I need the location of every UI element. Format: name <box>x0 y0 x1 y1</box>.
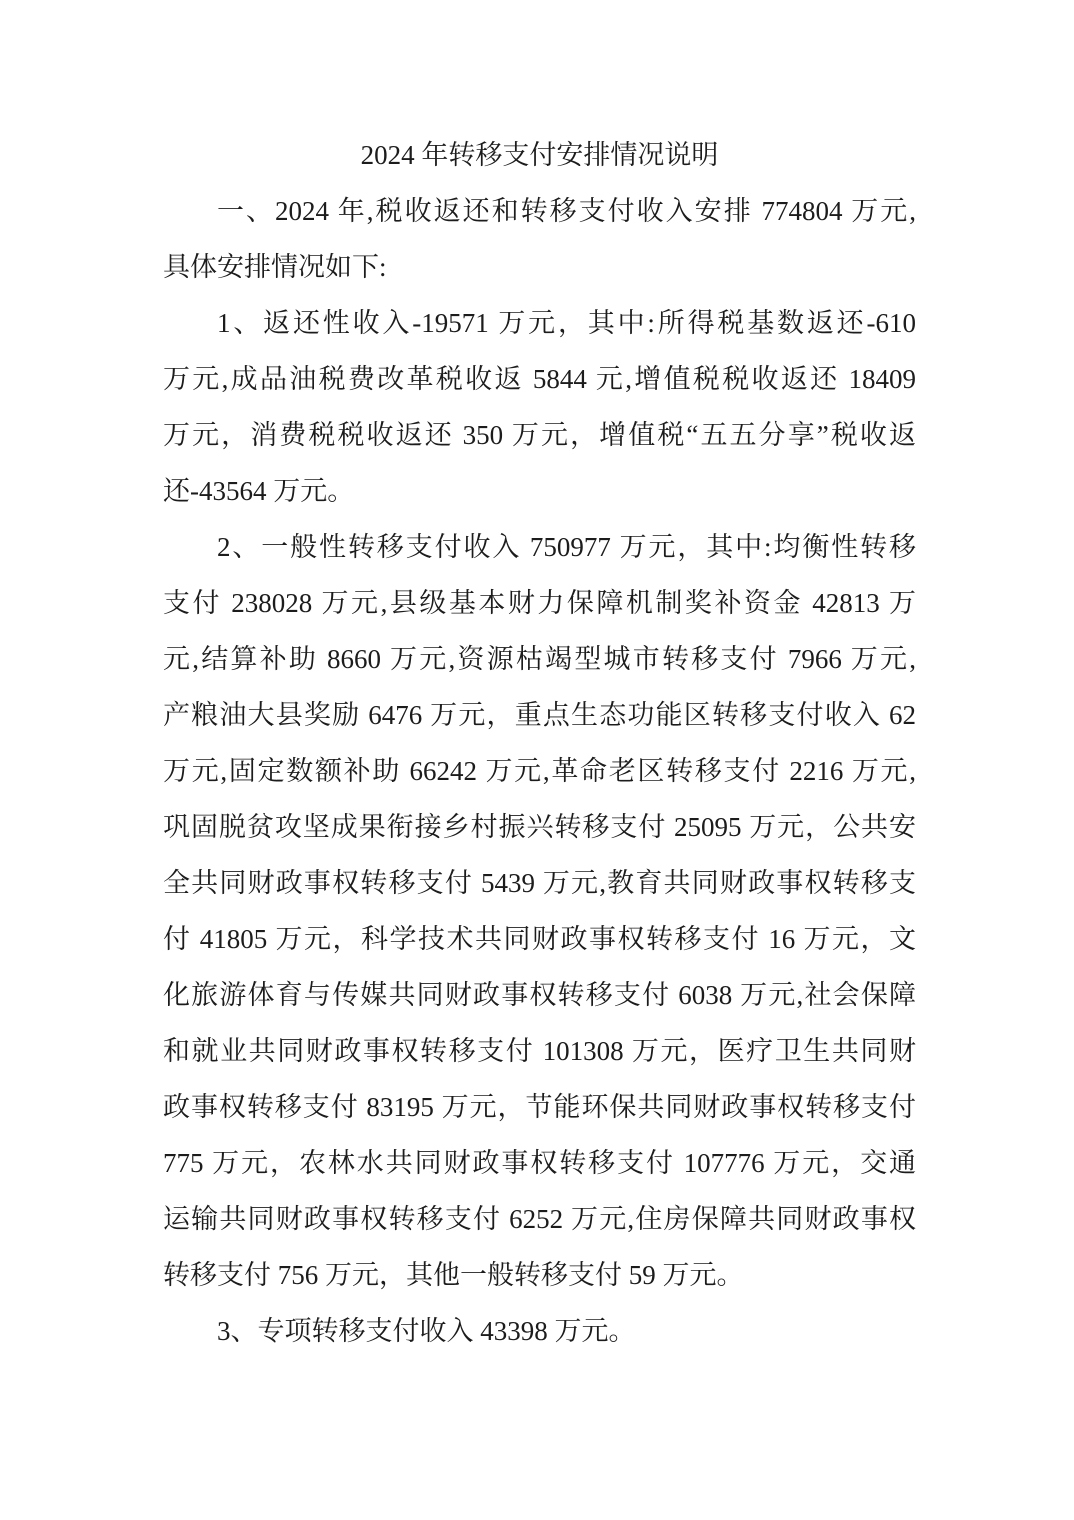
text-line: 化旅游体育与传媒共同财政事权转移支付 6038 万元,社会保障 <box>163 967 916 1023</box>
paragraph-intro: 一、2024 年,税收返还和转移支付收入安排 774804 万元, 具体安排情况… <box>163 183 916 295</box>
paragraph-general-transfer: 2、一般性转移支付收入 750977 万元，其中:均衡性转移 支付 238028… <box>163 519 916 1303</box>
text-line: 万元,成品油税费改革税收返 5844 元,增值税税收返还 18409 <box>163 351 916 407</box>
text-line: 2、一般性转移支付收入 750977 万元，其中:均衡性转移 <box>163 519 916 575</box>
text-line: 巩固脱贫攻坚成果衔接乡村振兴转移支付 25095 万元，公共安 <box>163 799 916 855</box>
text-line: 付 41805 万元，科学技术共同财政事权转移支付 16 万元，文 <box>163 911 916 967</box>
text-line: 一、2024 年,税收返还和转移支付收入安排 774804 万元, <box>163 183 916 239</box>
text-line: 和就业共同财政事权转移支付 101308 万元，医疗卫生共同财 <box>163 1023 916 1079</box>
text-line: 775 万元，农林水共同财政事权转移支付 107776 万元，交通 <box>163 1135 916 1191</box>
text-line: 支付 238028 万元,县级基本财力保障机制奖补资金 42813 万 <box>163 575 916 631</box>
text-line: 具体安排情况如下: <box>163 239 916 295</box>
text-line: 1、返还性收入-19571 万元，其中:所得税基数返还-610 <box>163 295 916 351</box>
text-line: 全共同财政事权转移支付 5439 万元,教育共同财政事权转移支 <box>163 855 916 911</box>
text-line: 元,结算补助 8660 万元,资源枯竭型城市转移支付 7966 万元, <box>163 631 916 687</box>
paragraph-special-transfer: 3、专项转移支付收入 43398 万元。 <box>163 1303 916 1359</box>
text-line: 万元，消费税税收返还 350 万元，增值税“五五分享”税收返 <box>163 407 916 463</box>
document-title: 2024 年转移支付安排情况说明 <box>163 127 916 183</box>
text-line: 政事权转移支付 83195 万元，节能环保共同财政事权转移支付 <box>163 1079 916 1135</box>
text-line: 3、专项转移支付收入 43398 万元。 <box>163 1303 916 1359</box>
text-line: 还-43564 万元。 <box>163 463 916 519</box>
text-line: 产粮油大县奖励 6476 万元，重点生态功能区转移支付收入 62 <box>163 687 916 743</box>
text-line: 转移支付 756 万元，其他一般转移支付 59 万元。 <box>163 1247 916 1303</box>
paragraph-refund-income: 1、返还性收入-19571 万元，其中:所得税基数返还-610 万元,成品油税费… <box>163 295 916 519</box>
text-line: 万元,固定数额补助 66242 万元,革命老区转移支付 2216 万元, <box>163 743 916 799</box>
document-page: 2024 年转移支付安排情况说明 一、2024 年,税收返还和转移支付收入安排 … <box>0 0 1074 1520</box>
text-line: 运输共同财政事权转移支付 6252 万元,住房保障共同财政事权 <box>163 1191 916 1247</box>
